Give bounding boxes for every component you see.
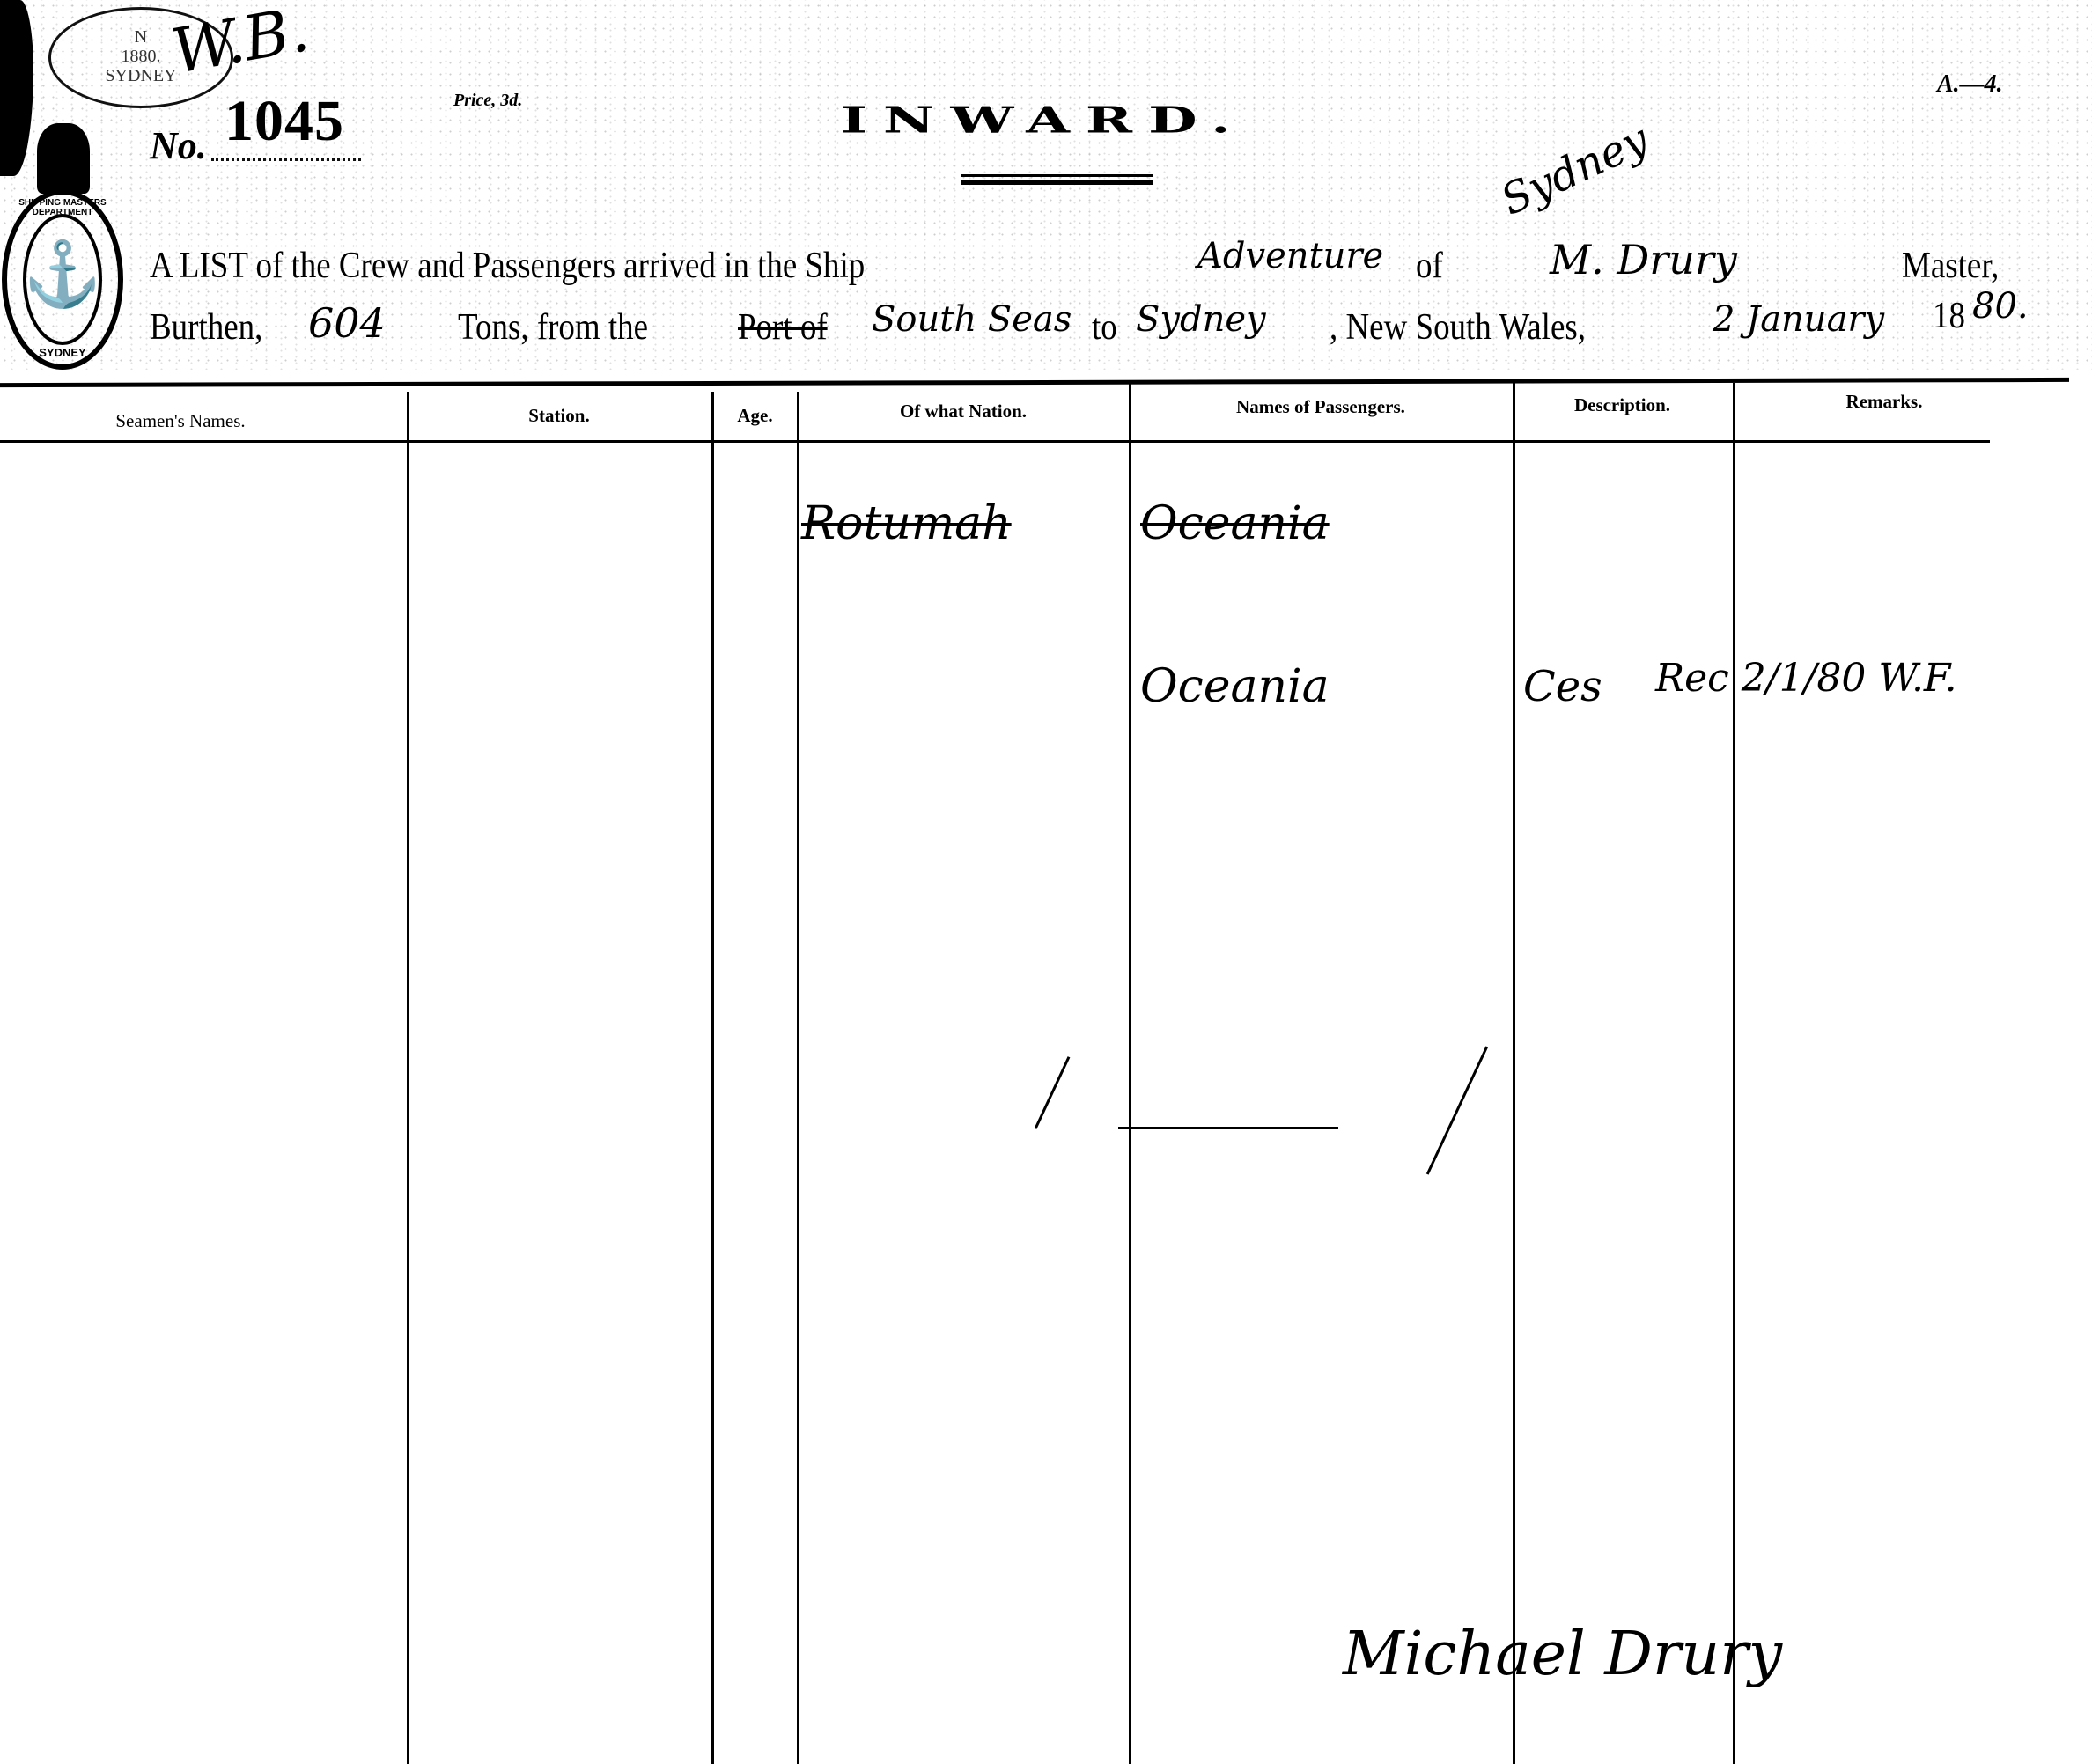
closing-stroke: [1035, 1056, 1071, 1129]
column-header-description: Description.: [1514, 394, 1730, 416]
column-divider: [1513, 383, 1515, 1764]
column-divider: [1129, 383, 1131, 1764]
year-printed: 18: [1933, 295, 1965, 337]
tons-text: Tons, from the: [458, 306, 648, 349]
stamp-initials: W.B.: [166, 0, 314, 88]
document-number: 1045: [225, 88, 344, 155]
column-header-age: Age.: [713, 405, 797, 427]
column-header-passengers: Names of Passengers.: [1131, 396, 1510, 418]
shipping-masters-emblem: SHIPPING MASTERS DEPARTMENT ⚓ SYDNEY: [2, 189, 123, 370]
ink-blot: [0, 0, 33, 176]
title-rule: [961, 174, 1153, 177]
column-header-remarks: Remarks.: [1735, 391, 2034, 413]
form-code: A.—4.: [1937, 70, 2003, 99]
closing-line: [1118, 1127, 1338, 1129]
burthen-value: 604: [308, 299, 386, 347]
master-signature: Michael Drury: [1343, 1620, 1782, 1689]
new-south-wales-text: , New South Wales,: [1330, 306, 1586, 349]
port-of-registry: Sydney: [1493, 114, 1655, 225]
column-divider: [711, 392, 714, 1764]
header-bottom-rule: [0, 440, 1990, 443]
number-underline: [211, 158, 361, 161]
column-header-station: Station.: [409, 405, 709, 427]
column-header-seamen: Seamen's Names.: [35, 410, 326, 432]
from-port: South Seas: [872, 299, 1072, 340]
row2-passenger: Oceania: [1140, 660, 1330, 713]
price-label: Price, 3d.: [453, 91, 522, 111]
column-header-nation: Of what Nation.: [799, 401, 1127, 423]
anchor-icon: ⚓: [7, 243, 118, 306]
row1-nation: Rotumah: [801, 497, 1012, 550]
of-word: of: [1416, 245, 1443, 287]
master-label: Master,: [1902, 245, 1999, 287]
heading-rule: [0, 378, 2069, 387]
number-label: No.: [150, 123, 207, 168]
to-port: Sydney: [1136, 299, 1266, 340]
arrival-date: 2 January: [1713, 299, 1884, 340]
ship-name: Adventure: [1197, 236, 1383, 276]
list-heading-prefix: A LIST of the Crew and Passengers arrive…: [150, 245, 865, 287]
row2-remarks: Rec 2/1/80 W.F.: [1655, 656, 1957, 701]
emblem-bottom-text: SYDNEY: [7, 346, 118, 359]
crown-icon: [37, 123, 90, 194]
column-divider: [797, 392, 799, 1764]
closing-stroke: [1426, 1046, 1488, 1174]
row2-description: Ces: [1523, 662, 1602, 711]
column-divider: [407, 392, 409, 1764]
burthen-label: Burthen,: [150, 306, 262, 349]
struck-port-of: Port of: [738, 306, 828, 349]
master-name: M. Drury: [1550, 236, 1737, 283]
year-handwritten: 80.: [1972, 286, 2029, 327]
title-rule: [961, 180, 1153, 185]
row1-passenger: Oceania: [1140, 497, 1330, 550]
column-divider: [1733, 383, 1735, 1764]
to-word: to: [1092, 306, 1117, 349]
document-title: INWARD.: [841, 99, 1247, 142]
